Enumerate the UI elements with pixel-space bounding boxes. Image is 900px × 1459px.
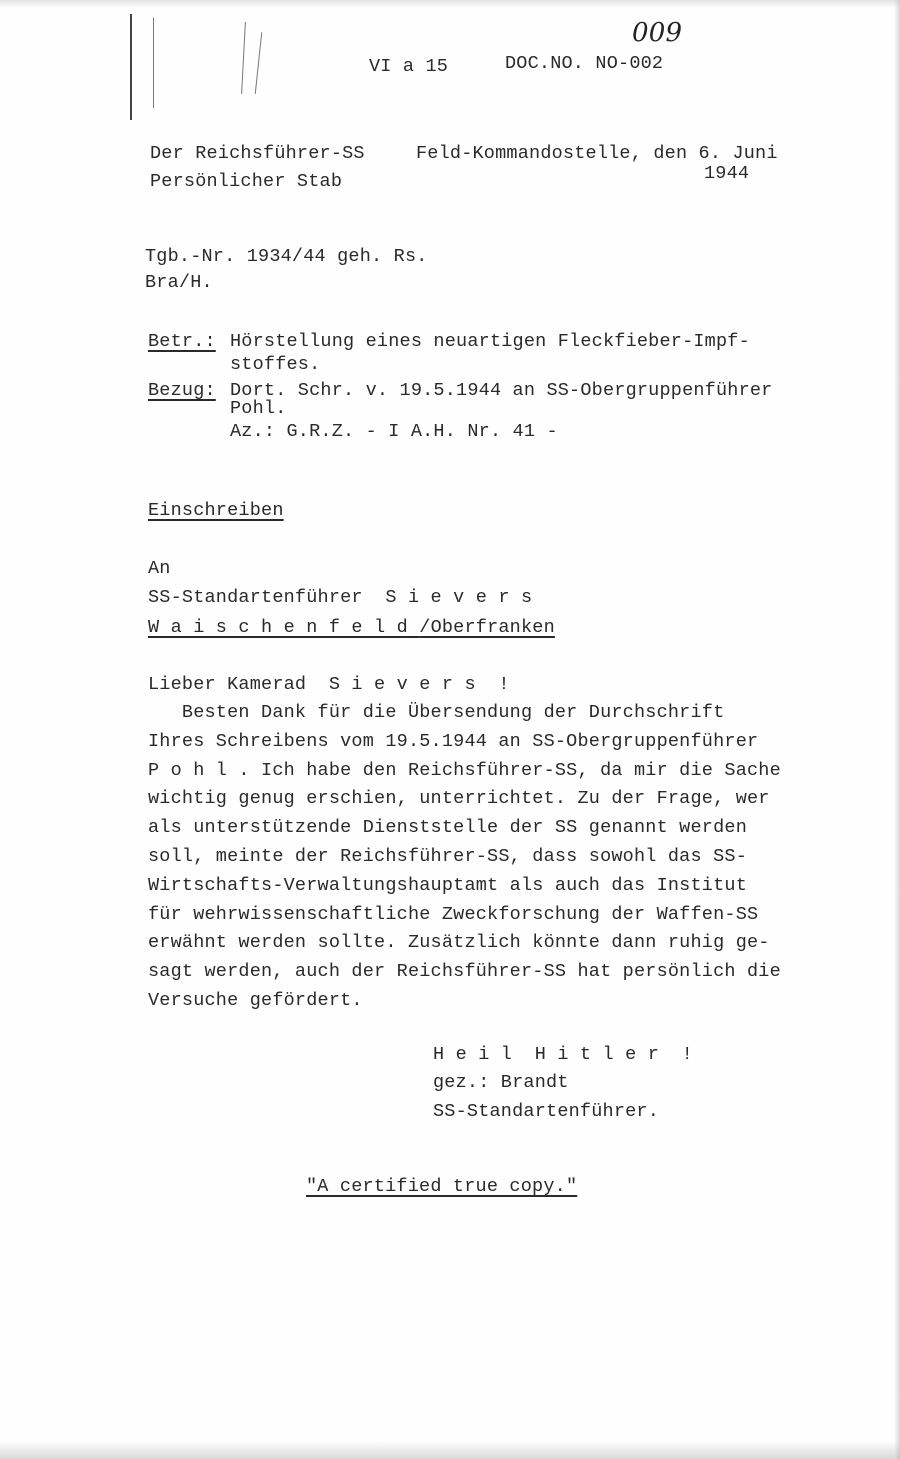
document-page: VI a 15 DOC.NO. NO-002 009 Der Reichsfüh… — [0, 0, 900, 1459]
document-number: DOC.NO. NO-002 — [505, 55, 663, 74]
body-line: sagt werden, auch der Reichsführer-SS ha… — [148, 963, 781, 982]
body-line: für wehrwissenschaftliche Zweckforschung… — [148, 906, 758, 925]
body-line: Wirtschafts-Verwaltungshauptamt als auch… — [148, 877, 747, 896]
recipient-place: W a i s c h e n f e l d /Oberfranken — [148, 619, 555, 638]
recipient-place-town: W a i s c h e n f e l d — [148, 617, 408, 638]
certification-stamp: "A certified true copy." — [306, 1178, 577, 1197]
place-date: Feld-Kommandostelle, den 6. Juni — [416, 145, 778, 164]
body-line: Besten Dank für die Übersendung der Durc… — [148, 704, 724, 723]
diary-number: Tgb.-Nr. 1934/44 geh. Rs. — [145, 248, 428, 267]
binding-mark — [153, 18, 154, 108]
salutation: Lieber Kamerad S i e v e r s ! — [148, 676, 510, 695]
reference-line-2: Pohl. — [230, 400, 287, 419]
scan-edge-top — [0, 0, 900, 8]
body-line: soll, meinte der Reichsführer-SS, dass s… — [148, 848, 747, 867]
delivery-type: Einschreiben — [148, 502, 284, 521]
body-line: als unterstützende Dienststelle der SS g… — [148, 819, 747, 838]
recipient-name: SS-Standartenführer S i e v e r s — [148, 589, 532, 608]
subject-line-1: Hörstellung eines neuartigen Fleckfieber… — [230, 333, 750, 352]
signature: gez.: Brandt — [433, 1074, 569, 1093]
file-reference: VI a 15 — [369, 58, 448, 77]
binding-mark — [241, 22, 246, 94]
reference-label: Bezug: — [148, 382, 216, 401]
recipient-place-region: /Oberfranken — [419, 617, 555, 638]
reference-line-1: Dort. Schr. v. 19.5.1944 an SS-Obergrupp… — [230, 382, 773, 401]
scan-edge-bottom — [0, 1441, 900, 1459]
closing-greeting: H e i l H i t l e r ! — [433, 1046, 693, 1065]
subject-line-2: stoffes. — [230, 356, 320, 375]
body-line: wichtig genug erschien, unterrichtet. Zu… — [148, 790, 770, 809]
signatory-rank: SS-Standartenführer. — [433, 1103, 659, 1122]
date-year: 1944 — [704, 165, 749, 184]
scan-edge-right — [894, 0, 900, 1459]
binding-mark — [255, 32, 262, 94]
reference-line-3: Az.: G.R.Z. - I A.H. Nr. 41 - — [230, 423, 558, 442]
dictation-initials: Bra/H. — [145, 274, 213, 293]
body-line: P o h l . Ich habe den Reichsführer-SS, … — [148, 762, 781, 781]
handwritten-page-number: 009 — [632, 20, 682, 46]
sender-line-1: Der Reichsführer-SS — [150, 145, 365, 164]
body-line: Versuche gefördert. — [148, 992, 363, 1011]
body-line: erwähnt werden sollte. Zusätzlich könnte… — [148, 934, 770, 953]
sender-line-2: Persönlicher Stab — [150, 173, 342, 192]
recipient-prefix: An — [148, 560, 171, 579]
subject-label: Betr.: — [148, 333, 216, 352]
binding-mark — [130, 14, 132, 120]
body-line: Ihres Schreibens vom 19.5.1944 an SS-Obe… — [148, 733, 758, 752]
